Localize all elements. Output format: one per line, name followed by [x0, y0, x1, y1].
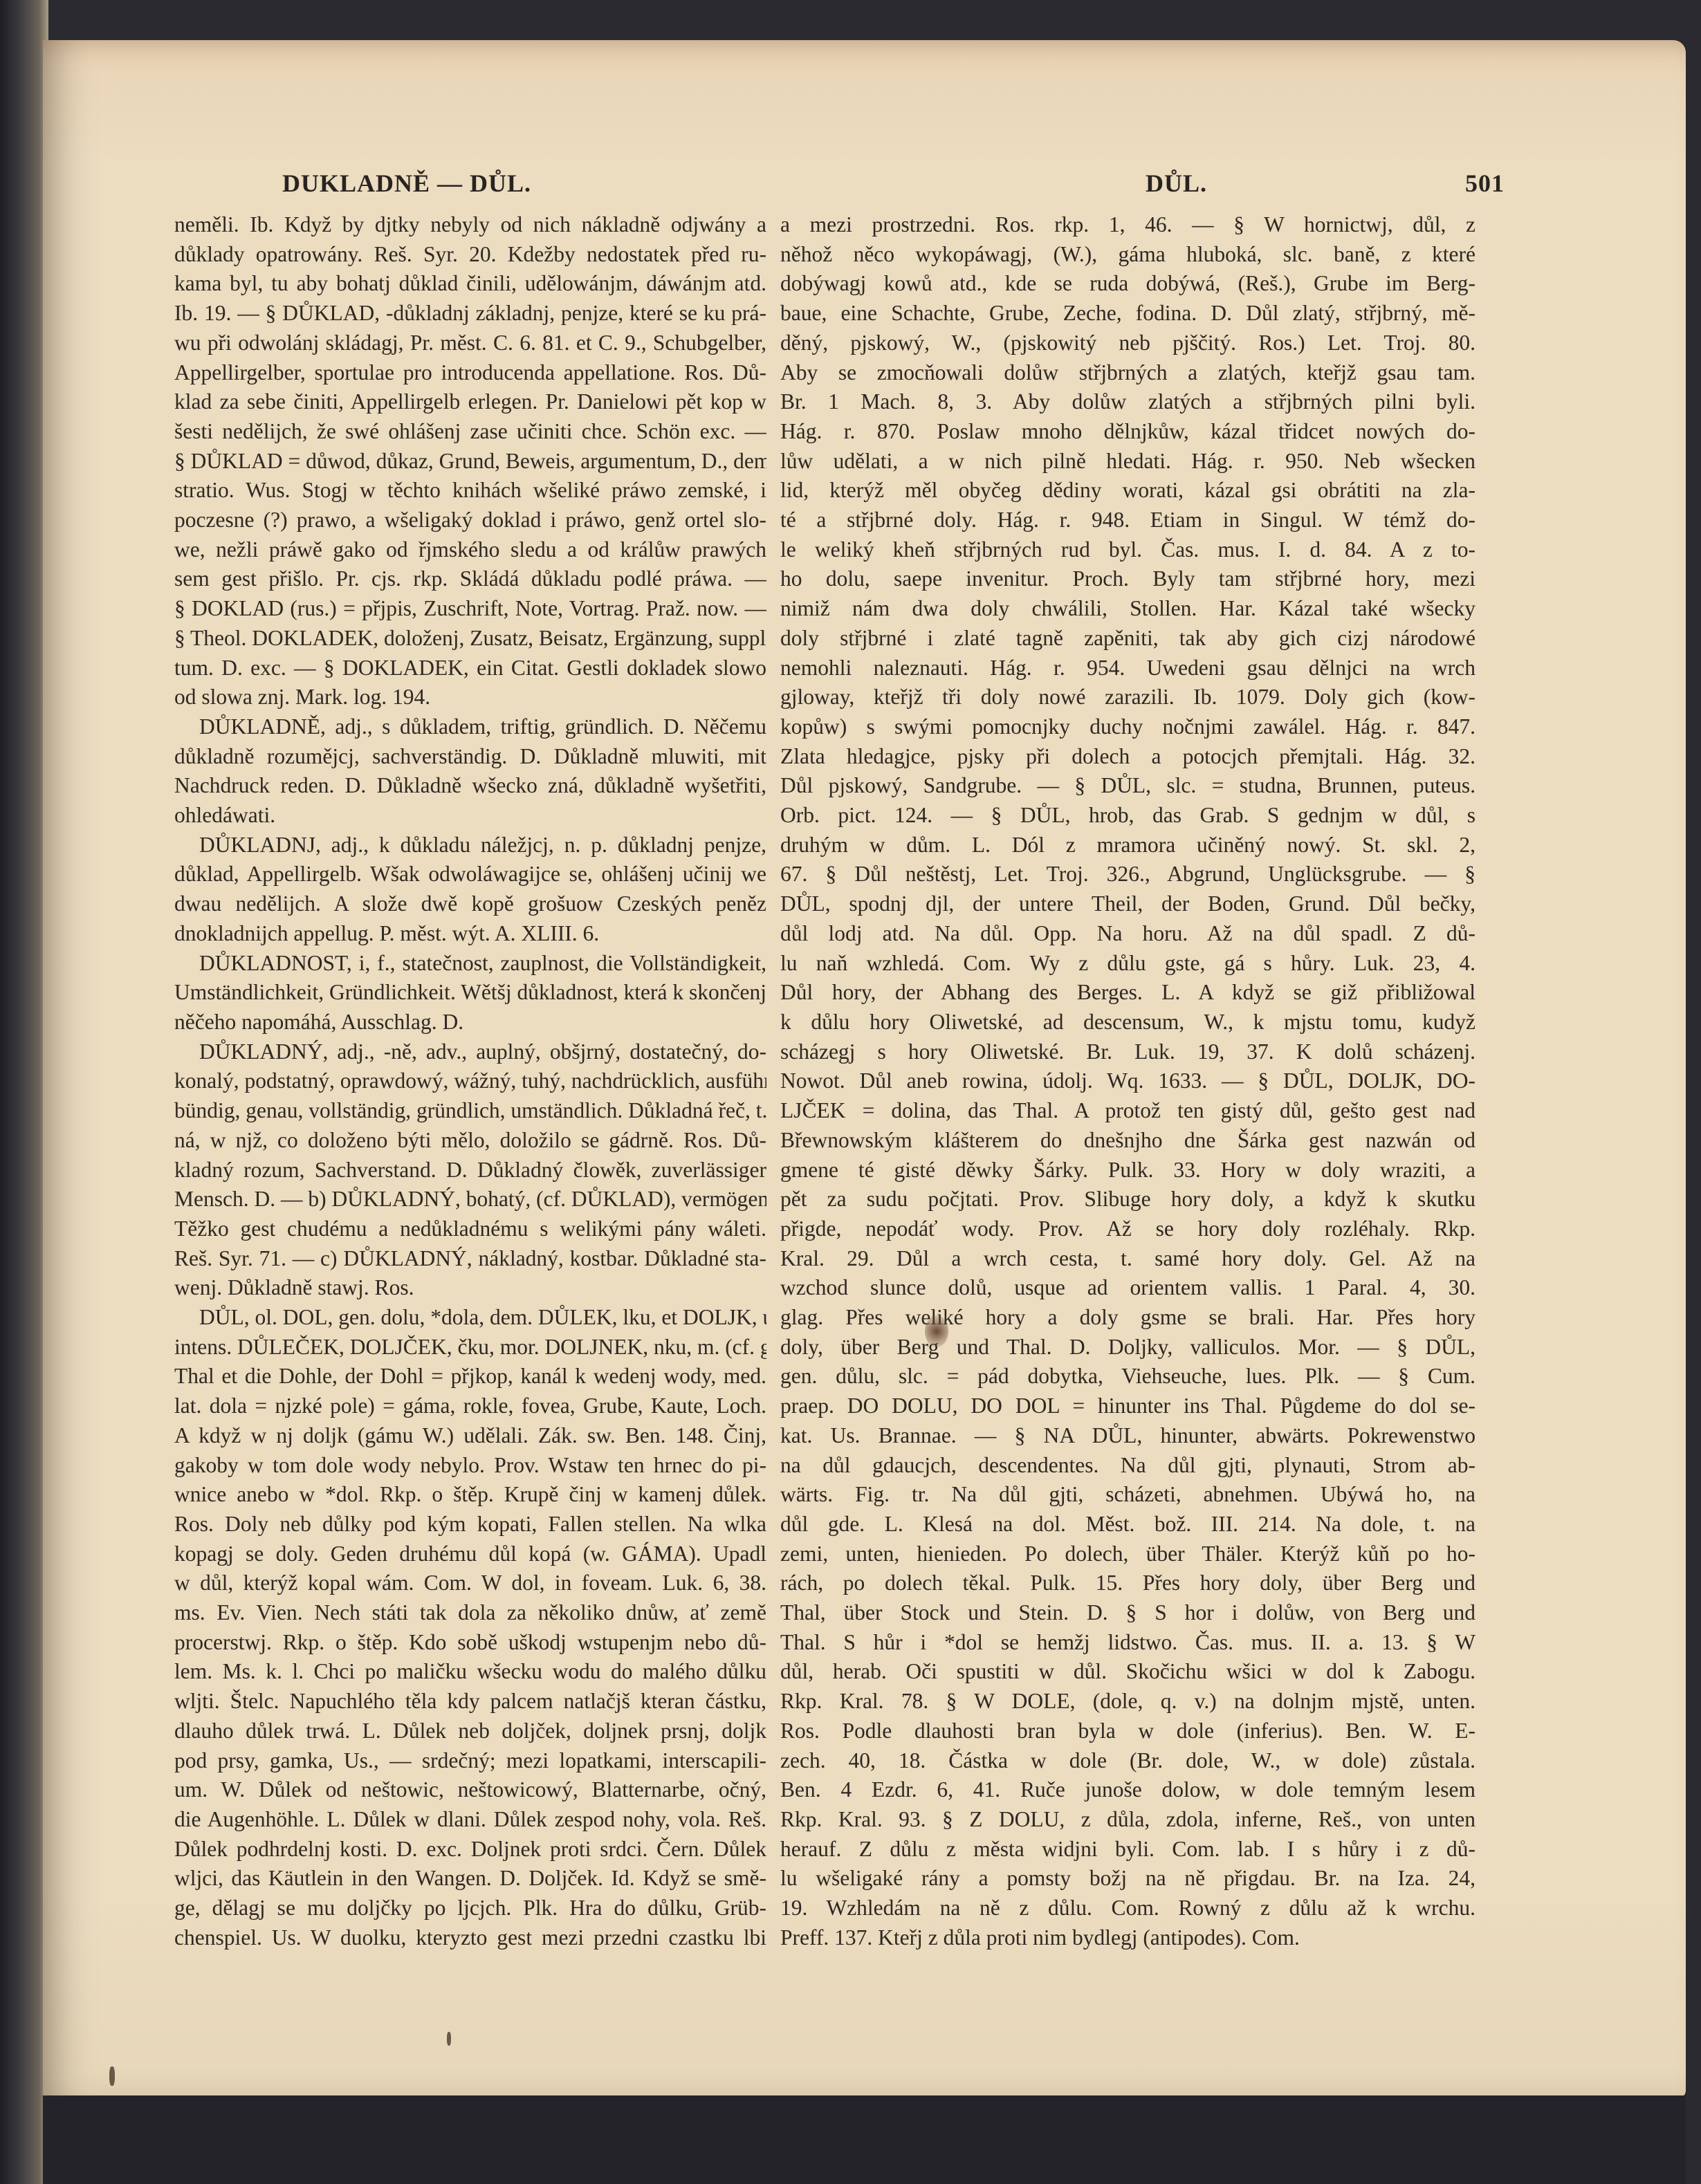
text-line: zech. 40, 18. Částka w dole (Br. dole, W…	[780, 1746, 1475, 1776]
text-line: dnokladnijch appellug. P. měst. wýt. A. …	[174, 919, 766, 949]
text-line: herauf. Z důlu z města widjni byli. Com.…	[780, 1835, 1475, 1864]
text-line: ge, dělagj se mu doljčky po ljcjch. Plk.…	[174, 1894, 766, 1923]
text-line: lu wšeligaké rány a pomsty božj na ně př…	[780, 1864, 1475, 1894]
text-line: A když w nj doljk (gámu W.) udělali. Zák…	[174, 1421, 766, 1451]
text-line: le weliký kheň střjbrných rud byl. Čas. …	[780, 535, 1475, 565]
text-line: Hág. r. 870. Poslaw mnoho dělnjkůw, káza…	[780, 417, 1475, 447]
running-header: DUKLADNĚ — DŮL. DŮL. 501	[43, 169, 1686, 210]
text-line: klad za sebe činiti, Appellirgelb erlege…	[174, 387, 766, 417]
text-line: Thal. S hůr i *dol se hemžj lidstwo. Čas…	[780, 1628, 1475, 1658]
text-line: § DŮKLAD = důwod, důkaz, Grund, Beweis, …	[174, 447, 766, 476]
text-line: Ib. 19. — § DŮKLAD, -důkladnj základnj, …	[174, 299, 766, 328]
text-line: Těžko gest chudému a nedůkladnému s weli…	[174, 1214, 766, 1244]
text-line: dwau nedělijch. A slože dwě kopě grošuow…	[174, 889, 766, 919]
text-line: nemohli naleznauti. Hág. r. 954. Uwedeni…	[780, 654, 1475, 683]
text-line: Břewnowským klášterem do dnešnjho dne Šá…	[780, 1126, 1475, 1156]
text-line: Důl pjskowý, Sandgrube. — § DŮL, slc. = …	[780, 771, 1475, 801]
text-line: lem. Ms. k. l. Chci po maličku wšecku wo…	[174, 1657, 766, 1687]
text-line: wu při odwolánj skládagj, Pr. měst. C. 6…	[174, 328, 766, 358]
text-line: kladný rozum, Sachverstand. D. Důkladný …	[174, 1156, 766, 1185]
text-line: něčeho napomáhá, Ausschlag. D.	[174, 1008, 766, 1037]
text-line: Aby se zmocňowali dolůw střjbrných a zla…	[780, 358, 1475, 388]
text-line: ms. Ev. Vien. Nech státi tak dola za něk…	[174, 1598, 766, 1628]
text-line: ho dolu, saepe invenitur. Proch. Byly ta…	[780, 564, 1475, 594]
text-line: § Theol. DOKLADEK, doloženj, Zusatz, Bei…	[174, 624, 766, 654]
text-line: Kral. 29. Důl a wrch cesta, t. samé hory…	[780, 1244, 1475, 1274]
page-number: 501	[1465, 169, 1505, 198]
text-line: kopůw) s swými pomocnjky duchy nočnjmi z…	[780, 712, 1475, 742]
text-line: sem gest přišlo. Pr. cjs. rkp. Skládá dů…	[174, 564, 766, 594]
text-line: lu naň wzhledá. Com. Wy z důlu gste, gá …	[780, 949, 1475, 979]
text-line: baue, eine Schachte, Grube, Zeche, fodin…	[780, 299, 1475, 328]
text-line: zemi, unten, hienieden. Po dolech, über …	[780, 1539, 1475, 1569]
text-line: w důl, kterýž kopal wám. Com. W dol, in …	[174, 1568, 766, 1598]
text-line: 19. Wzhledám na ně z důlu. Com. Rowný z …	[780, 1894, 1475, 1923]
text-line: DŮKLADNOST, i, f., statečnost, zauplnost…	[174, 949, 766, 979]
text-line: die Augenhöhle. L. Důlek w dlani. Důlek …	[174, 1805, 766, 1835]
text-line: dobýwagj kowů atd., kde se ruda dobýwá, …	[780, 269, 1475, 299]
text-line: Nowot. Důl aneb rowina, údolj. Wq. 1633.…	[780, 1066, 1475, 1096]
text-line: od slowa znj. Mark. log. 194.	[174, 683, 766, 712]
text-line: důl, herab. Oči spustiti w důl. Skočichu…	[780, 1657, 1475, 1687]
text-line: druhým w dům. L. Dól z mramora učiněný n…	[780, 831, 1475, 860]
left-column: neměli. Ib. Když by djtky nebyly od nich…	[174, 210, 766, 1952]
text-line: praep. DO DOLU, DO DOL = hinunter ins Th…	[780, 1391, 1475, 1421]
text-line: nimiž nám dwa doly chwálili, Stollen. Ha…	[780, 594, 1475, 624]
text-line: šesti nedělijch, že swé ohlášenj zase uč…	[174, 417, 766, 447]
background-edge	[43, 2095, 1686, 2184]
text-line: přigde, nepodáť wody. Prov. Až se hory d…	[780, 1214, 1475, 1244]
text-line: chenspiel. Us. W duolku, kteryzto gest m…	[174, 1923, 766, 1953]
text-line: důklad, Appellirgelb. Wšak odwoláwagijce…	[174, 860, 766, 889]
text-line: wljci, das Käutlein in den Wangen. D. Do…	[174, 1864, 766, 1894]
text-line: doly střjbrné i zlaté tagně zapěniti, ta…	[780, 624, 1475, 654]
text-line: pět za sudu počjtati. Prov. Slibuge hory…	[780, 1185, 1475, 1214]
text-line: Nachdruck reden. D. Důkladně wšecko zná,…	[174, 771, 766, 801]
text-line: Zlata hledagjce, pjsky při dolech a poto…	[780, 742, 1475, 772]
text-line: na důl gdaucjch, descendentes. Na důl gj…	[780, 1451, 1475, 1481]
text-line: důl lodj atd. Na důl. Opp. Na horu. Až n…	[780, 919, 1475, 949]
text-line: gjloway, kteřjž tři doly nowé zarazili. …	[780, 683, 1475, 712]
text-line: doly, über Berg und Thal. D. Doljky, val…	[780, 1333, 1475, 1362]
text-line: DŮL, spodnj djl, der untere Theil, der B…	[780, 889, 1475, 919]
text-line: Rkp. Kral. 78. § W DOLE, (dole, q. v.) n…	[780, 1687, 1475, 1716]
text-line: Br. 1 Mach. 8, 3. Aby dolůw zlatých a st…	[780, 387, 1475, 417]
text-line: scházegj s hory Oliwetské. Br. Luk. 19, …	[780, 1037, 1475, 1067]
left-guideword: DUKLADNĚ — DŮL.	[282, 169, 531, 198]
text-line: Mensch. D. — b) DŮKLADNÝ, bohatý, (cf. D…	[174, 1185, 766, 1214]
text-line: důkladně rozumějcj, sachverständig. D. D…	[174, 742, 766, 772]
ink-stain	[925, 1315, 948, 1347]
text-line: intens. DŮLEČEK, DOLJČEK, čku, mor. DOLJ…	[174, 1333, 766, 1362]
text-line: um. W. Důlek od neštowic, neštowicowý, B…	[174, 1775, 766, 1805]
text-line: DŮKLADNĚ, adj., s důkladem, triftig, grü…	[174, 712, 766, 742]
text-line: kama byl, tu aby bohatj důklad činili, u…	[174, 269, 766, 299]
text-line: § DOKLAD (rus.) = přjpis, Zuschrift, Not…	[174, 594, 766, 624]
text-line: rách, po dolech těkal. Pulk. 15. Přes ho…	[780, 1568, 1475, 1598]
text-line: důl gde. L. Klesá na dol. Měst. bož. III…	[780, 1510, 1475, 1539]
text-line: wzchod slunce dolů, usque ad orientem va…	[780, 1273, 1475, 1303]
text-line: něhož něco wykopáwagj, (W.), gáma hlubok…	[780, 240, 1475, 270]
paper-mark	[447, 2032, 451, 2046]
text-line: Preff. 137. Kteřj z důla proti nim bydle…	[780, 1923, 1475, 1953]
text-line: Reš. Syr. 71. — c) DŮKLADNÝ, nákladný, k…	[174, 1244, 766, 1274]
text-line: poczesne (?) prawo, a wšeligaký doklad i…	[174, 506, 766, 535]
text-line: k důlu hory Oliwetské, ad descensum, W.,…	[780, 1008, 1475, 1037]
book-spine	[0, 0, 48, 2184]
text-line: gmene té gisté děwky Šárky. Pulk. 33. Ho…	[780, 1156, 1475, 1185]
text-line: Důl hory, der Abhang des Berges. L. A kd…	[780, 978, 1475, 1008]
text-line: glag. Přes weliké hory a doly gsme se br…	[780, 1303, 1475, 1333]
text-line: Rkp. Kral. 93. § Z DOLU, z důla, zdola, …	[780, 1805, 1475, 1835]
text-line: Thal, über Stock und Stein. D. § S hor i…	[780, 1598, 1475, 1628]
text-line: bündig, genau, vollständig, gründlich, u…	[174, 1096, 766, 1126]
text-line: ná, w njž, co doloženo býti mělo, doloži…	[174, 1126, 766, 1156]
text-line: lat. dola = njzké pole) = gáma, rokle, f…	[174, 1391, 766, 1421]
text-line: ohledáwati.	[174, 801, 766, 831]
text-line: Umständlichkeit, Gründlichkeit. Wětšj dů…	[174, 978, 766, 1008]
text-line: DŮKLADNJ, adj., k důkladu náležjcj, n. p…	[174, 831, 766, 860]
text-line: důklady opatrowány. Reš. Syr. 20. Kdežby…	[174, 240, 766, 270]
right-column: a mezi prostrzedni. Ros. rkp. 1, 46. — §…	[780, 210, 1475, 1952]
text-line: kopagj se doly. Geden druhému důl kopá (…	[174, 1539, 766, 1569]
text-line: Orb. pict. 124. — § DŮL, hrob, das Grab.…	[780, 801, 1475, 831]
center-guideword: DŮL.	[1146, 169, 1207, 198]
text-line: a mezi prostrzedni. Ros. rkp. 1, 46. — §…	[780, 210, 1475, 240]
text-line: Ros. Podle dlauhosti bran byla w dole (i…	[780, 1716, 1475, 1746]
text-line: procerstwj. Rkp. o štěp. Kdo sobě uškodj…	[174, 1628, 766, 1658]
text-line: tum. D. exc. — § DOKLADEK, ein Citat. Ge…	[174, 654, 766, 683]
text-line: wljti. Štelc. Napuchlého těla kdy palcem…	[174, 1687, 766, 1716]
text-line: Ben. 4 Ezdr. 6, 41. Ruče junoše dolow, w…	[780, 1775, 1475, 1805]
text-line: děný, pjskowý, W., (pjskowitý neb pjščit…	[780, 328, 1475, 358]
text-line: Důlek podhrdelnj kosti. D. exc. Doljnek …	[174, 1835, 766, 1864]
text-line: gakoby w tom dole wody nebylo. Prov. Wst…	[174, 1451, 766, 1481]
text-line: DŮL, ol. DOL, gen. dolu, *dola, dem. DŮL…	[174, 1303, 766, 1333]
text-line: stratio. Wus. Stogj w těchto knihách wše…	[174, 476, 766, 506]
text-line: wenj. Důkladně stawj. Ros.	[174, 1273, 766, 1303]
text-line: 67. § Důl neštěstj, Let. Troj. 326., Abg…	[780, 860, 1475, 889]
text-line: gen. důlu, slc. = pád dobytka, Viehseuch…	[780, 1362, 1475, 1391]
text-line: pod prsy, gamka, Us., — srdečný; mezi lo…	[174, 1746, 766, 1776]
text-line: neměli. Ib. Když by djtky nebyly od nich…	[174, 210, 766, 240]
text-line: lůw udělati, a w nich pilně hledati. Hág…	[780, 447, 1475, 476]
text-line: Appellirgelber, sportulae pro introducen…	[174, 358, 766, 388]
text-line: konalý, podstatný, oprawdowý, wážný, tuh…	[174, 1066, 766, 1096]
text-line: dlauho důlek trwá. L. Důlek neb doljček,…	[174, 1716, 766, 1746]
text-line: té a střjbrné doly. Hág. r. 948. Etiam i…	[780, 506, 1475, 535]
dictionary-page: DUKLADNĚ — DŮL. DŮL. 501 neměli. Ib. Kdy…	[43, 40, 1686, 2098]
text-line: wärts. Fig. tr. Na důl gjti, scházeti, a…	[780, 1480, 1475, 1510]
text-line: lid, kterýž měl obyčeg dědiny worati, ká…	[780, 476, 1475, 506]
text-line: Thal et die Dohle, der Dohl = přjkop, ka…	[174, 1362, 766, 1391]
text-line: wnice anebo w *dol. Rkp. o štěp. Krupě č…	[174, 1480, 766, 1510]
text-line: LJČEK = dolina, das Thal. A protož ten g…	[780, 1096, 1475, 1126]
text-line: Ros. Doly neb důlky pod kým kopati, Fall…	[174, 1510, 766, 1539]
paper-mark	[109, 2066, 115, 2086]
text-line: DŮKLADNÝ, adj., -ně, adv., auplný, obšjr…	[174, 1037, 766, 1067]
text-line: kat. Us. Brannae. — § NA DŮL, hinunter, …	[780, 1421, 1475, 1451]
text-line: we, nežli práwě gako od řjmského sledu a…	[174, 535, 766, 565]
